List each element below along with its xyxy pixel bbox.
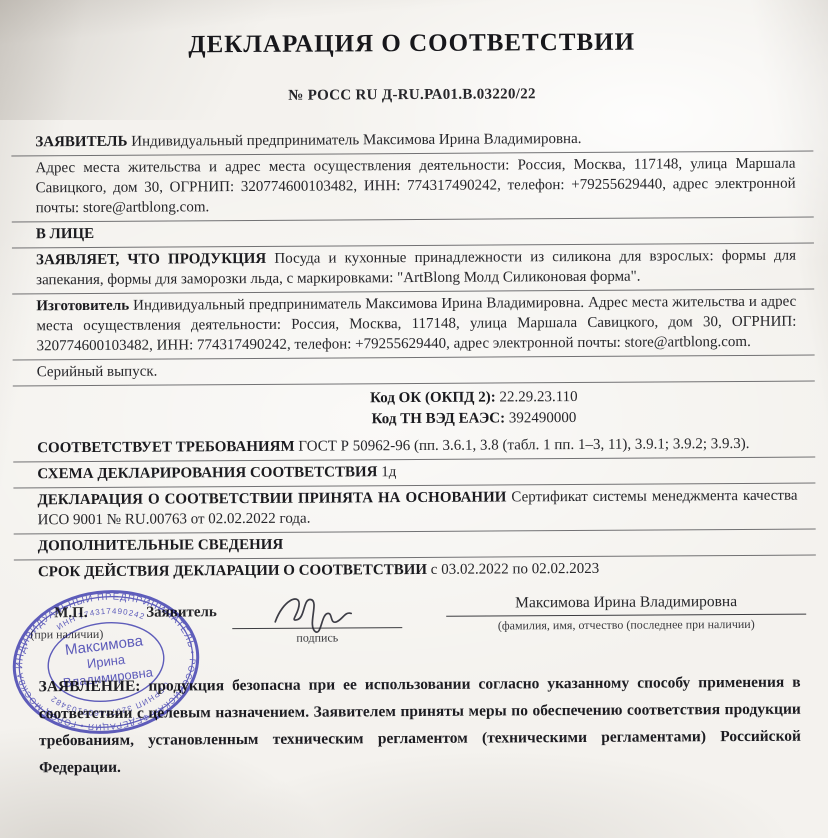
signatory-name-field: Максимова Ирина Владимировна (фамилия, и… xyxy=(446,593,806,634)
conforms-value: ГОСТ Р 50962-96 (пп. 3.6.1, 3.8 (табл. 1… xyxy=(298,436,749,455)
in-person-label: В ЛИЦЕ xyxy=(36,226,94,242)
code-ok-label: Код ОК (ОКПД 2): xyxy=(370,390,496,407)
additional-info-label: ДОПОЛНИТЕЛЬНЫЕ СВЕДЕНИЯ xyxy=(38,537,284,554)
code-ok-value: 22.29.23.110 xyxy=(499,389,577,405)
code-tnved-label: Код ТН ВЭД ЕАЭС: xyxy=(372,410,506,427)
signature-field: подпись xyxy=(232,591,402,646)
applicant-address-row: Адрес места жительства и адрес места осу… xyxy=(11,152,813,223)
declaration-number: № РОСС RU Д-RU.РА01.В.03220/22 xyxy=(0,84,826,106)
applicant-label: ЗАЯВИТЕЛЬ xyxy=(35,134,127,151)
signatory-name-caption: (фамилия, имя, отчество (последнее при н… xyxy=(446,615,806,634)
validity-value: с 03.02.2022 по 02.02.2023 xyxy=(431,561,600,578)
manufacturer-label: Изготовитель xyxy=(36,298,129,315)
code-tnved-row: Код ТН ВЭД ЕАЭС: 392490000 xyxy=(120,406,828,431)
round-stamp: ИНДИВИДУАЛЬНЫЙ ПРЕДПРИНИМАТЕЛЬ • РОССИЙС… xyxy=(0,575,213,750)
signatory-name: Максимова Ирина Владимировна xyxy=(446,593,806,617)
manufacturer-row: Изготовитель Индивидуальный предпринимат… xyxy=(12,290,814,361)
declares-row: ЗАЯВЛЯЕТ, ЧТО ПРОДУКЦИЯ Посуда и кухонны… xyxy=(12,244,814,295)
declares-label: ЗАЯВЛЯЕТ, ЧТО ПРОДУКЦИЯ xyxy=(36,251,266,268)
document-title: ДЕКЛАРАЦИЯ О СООТВЕТСТВИИ xyxy=(0,27,826,60)
handwritten-signature xyxy=(269,591,365,640)
basis-row: ДЕКЛАРАЦИЯ О СООТВЕТСТВИИ ПРИНЯТА НА ОСН… xyxy=(13,484,815,535)
serial-value: Серийный выпуск. xyxy=(37,364,158,381)
conforms-label: СООТВЕТСТВУЕТ ТРЕБОВАНИЯМ xyxy=(37,439,295,457)
applicant-value: Индивидуальный предприниматель Максимова… xyxy=(131,131,581,150)
declaration-body: ЗАЯВИТЕЛЬ Индивидуальный предприниматель… xyxy=(0,125,828,585)
codes-block: Код ОК (ОКПД 2): 22.29.23.110 Код ТН ВЭД… xyxy=(0,381,828,436)
scheme-value: 1д xyxy=(381,464,396,480)
manufacturer-value: Индивидуальный предприниматель Максимова… xyxy=(36,294,796,355)
applicant-address: Адрес места жительства и адрес места осу… xyxy=(35,156,795,217)
scheme-label: СХЕМА ДЕКЛАРИРОВАНИЯ СООТВЕТСТВИЯ xyxy=(37,464,377,482)
document-scan: ДЕКЛАРАЦИЯ О СООТВЕТСТВИИ № РОСС RU Д-RU… xyxy=(0,0,828,838)
basis-label: ДЕКЛАРАЦИЯ О СООТВЕТСТВИИ ПРИНЯТА НА ОСН… xyxy=(37,489,506,508)
validity-label: СРОК ДЕЙСТВИЯ ДЕКЛАРАЦИИ О СООТВЕТСТВИИ xyxy=(38,562,427,580)
code-tnved-value: 392490000 xyxy=(509,410,577,426)
